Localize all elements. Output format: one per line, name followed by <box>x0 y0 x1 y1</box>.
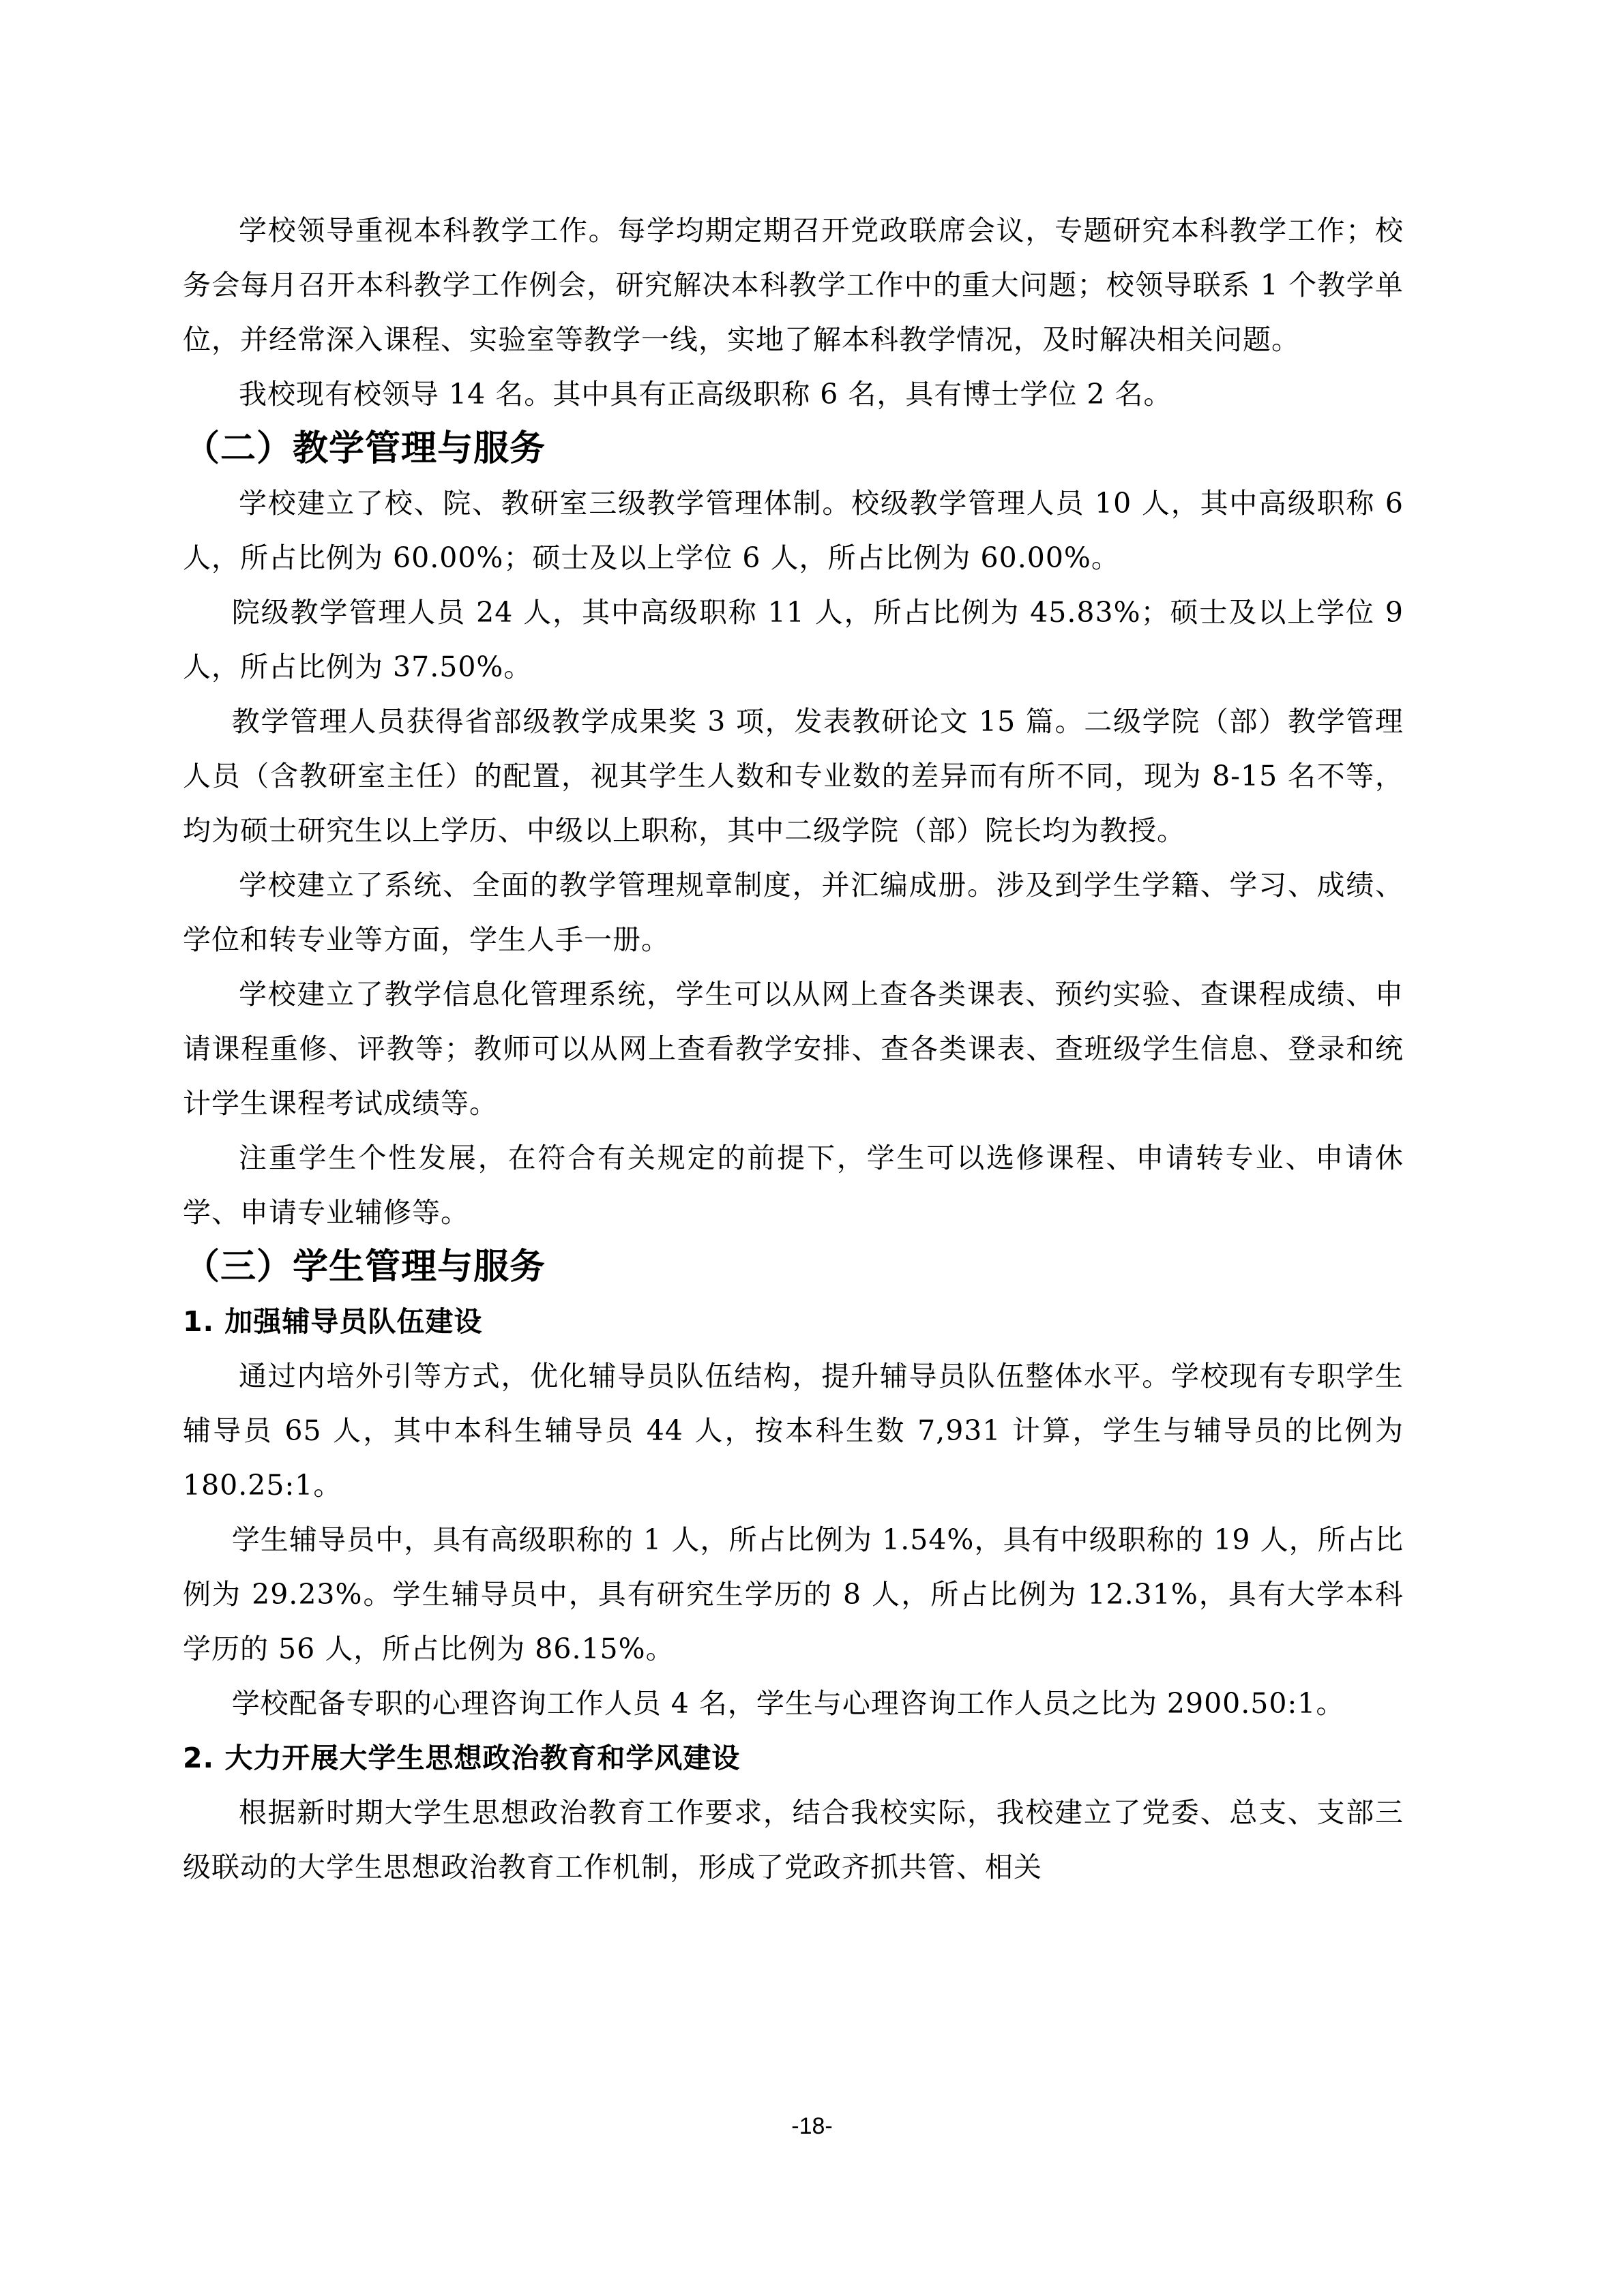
paragraph-teaching-achievements: 教学管理人员获得省部级教学成果奖 3 项，发表教研论文 15 篇。二级学院（部）… <box>183 694 1404 858</box>
paragraph-school-level-management: 学校建立了校、院、教研室三级教学管理体制。校级教学管理人员 10 人，其中高级职… <box>183 476 1404 585</box>
paragraph-individual-development: 注重学生个性发展，在符合有关规定的前提下，学生可以选修课程、申请转专业、申请休学… <box>183 1131 1404 1240</box>
paragraph-information-system: 学校建立了教学信息化管理系统，学生可以从网上查各类课表、预约实验、查课程成绩、申… <box>183 967 1404 1131</box>
section-heading-student-management: （三）学生管理与服务 <box>184 1240 1404 1294</box>
paragraph-management-rules: 学校建立了系统、全面的教学管理规章制度，并汇编成册。涉及到学生学籍、学习、成绩、… <box>183 858 1404 967</box>
document-page: 学校领导重视本科教学工作。每学均期定期召开党政联席会议，专题研究本科教学工作；校… <box>0 0 1624 2296</box>
paragraph-leadership-emphasis: 学校领导重视本科教学工作。每学均期定期召开党政联席会议，专题研究本科教学工作；校… <box>183 203 1404 367</box>
page-number: -18- <box>0 2113 1624 2140</box>
page-body: 学校领导重视本科教学工作。每学均期定期召开党政联席会议，专题研究本科教学工作；校… <box>183 203 1404 1894</box>
section-heading-teaching-management: （二）教学管理与服务 <box>184 421 1404 476</box>
paragraph-ideological-mechanism: 根据新时期大学生思想政治教育工作要求，结合我校实际，我校建立了党委、总支、支部三… <box>183 1785 1404 1894</box>
subheading-ideological-education: 2. 大力开展大学生思想政治教育和学风建设 <box>183 1731 1404 1785</box>
paragraph-counselor-structure: 通过内培外引等方式，优化辅导员队伍结构，提升辅导员队伍整体水平。学校现有专职学生… <box>183 1349 1404 1512</box>
paragraph-psychological-counseling: 学校配备专职的心理咨询工作人员 4 名，学生与心理咨询工作人员之比为 2900.… <box>183 1676 1404 1731</box>
paragraph-counselor-qualifications: 学生辅导员中，具有高级职称的 1 人，所占比例为 1.54%，具有中级职称的 1… <box>183 1512 1404 1676</box>
paragraph-college-level-management: 院级教学管理人员 24 人，其中高级职称 11 人，所占比例为 45.83%；硕… <box>183 585 1404 694</box>
paragraph-leadership-count: 我校现有校领导 14 名。其中具有正高级职称 6 名，具有博士学位 2 名。 <box>183 367 1404 421</box>
subheading-counselor-team: 1. 加强辅导员队伍建设 <box>183 1294 1404 1349</box>
